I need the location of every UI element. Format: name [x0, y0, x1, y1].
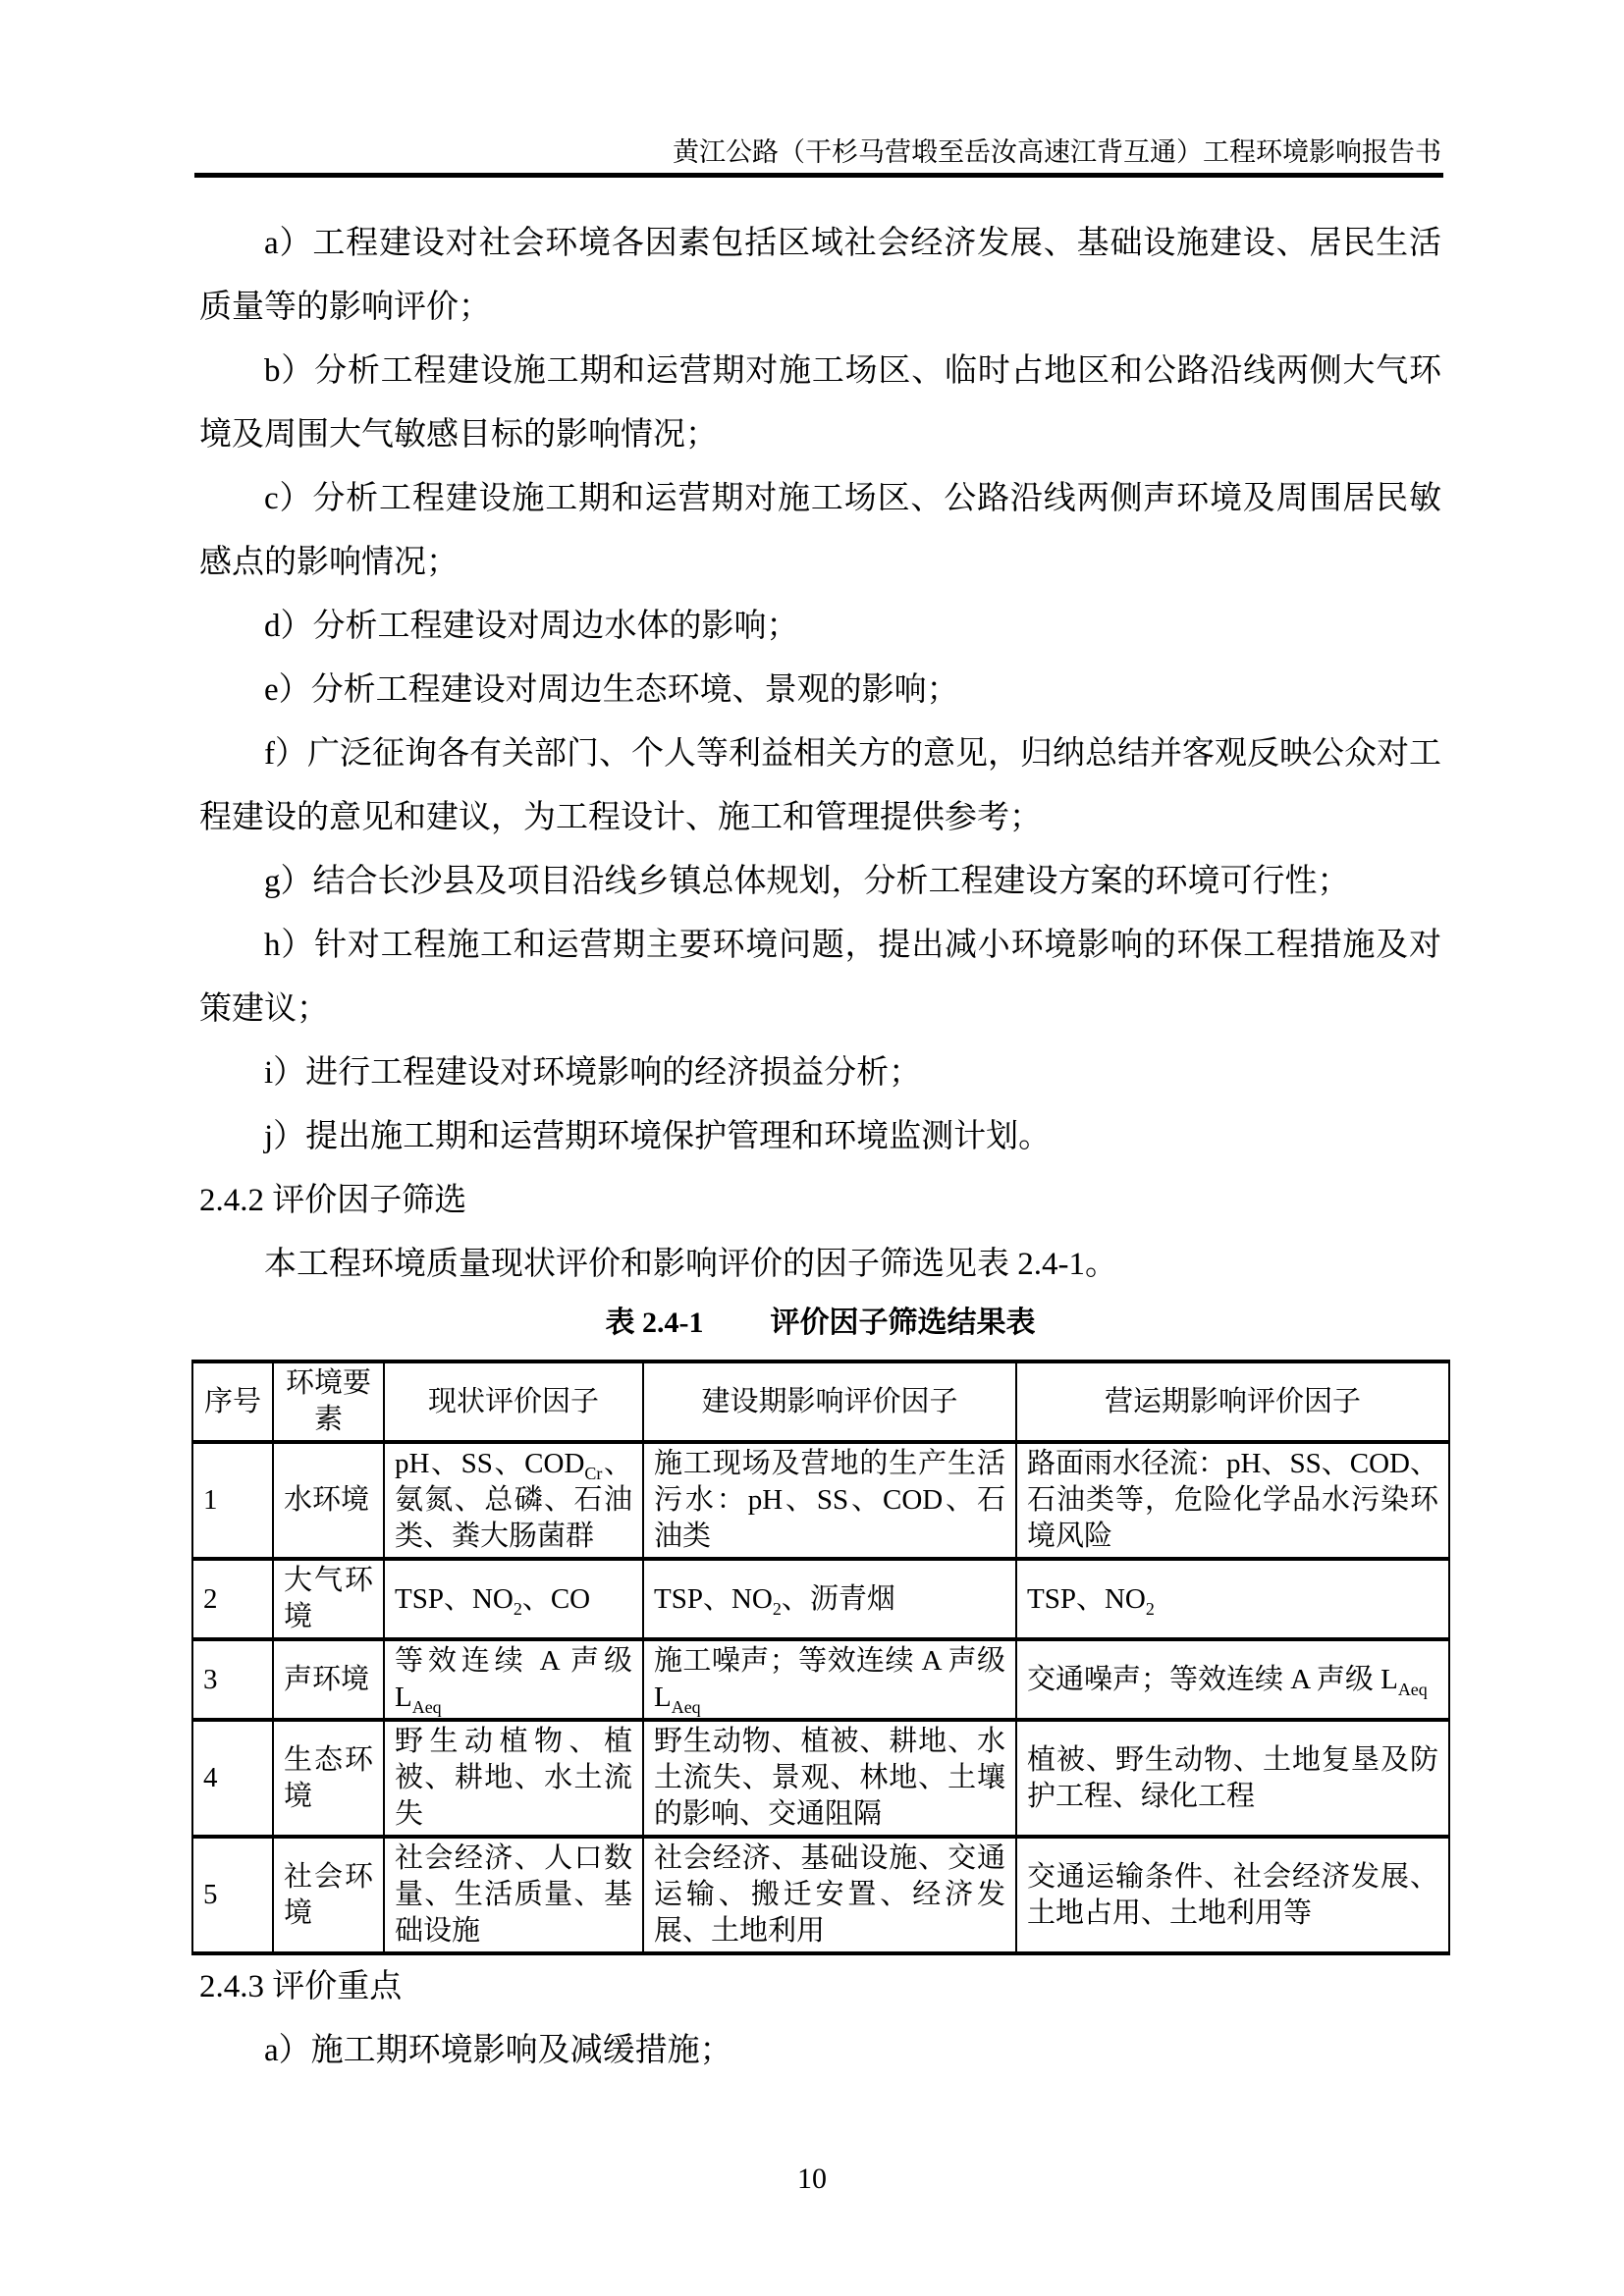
- cell-element: 社会环境: [273, 1837, 384, 1953]
- cell-operation: 交通噪声；等效连续 A 声级 LAeq: [1016, 1639, 1449, 1720]
- col-header-no: 序号: [192, 1362, 273, 1442]
- cell-operation: 植被、野生动物、土地复垦及防护工程、绿化工程: [1016, 1720, 1449, 1837]
- cell-no: 3: [192, 1639, 273, 1720]
- table-caption-title: 评价因子筛选结果表: [771, 1307, 1036, 1339]
- paragraph-242: 本工程环境质量现状评价和影响评价的因子筛选见表 2.4-1。: [199, 1233, 1441, 1297]
- table-caption: 表 2.4-1评价因子筛选结果表: [199, 1303, 1441, 1344]
- table-caption-label: 表 2.4-1: [606, 1307, 704, 1339]
- page-number: 10: [0, 2162, 1624, 2197]
- list-item-g: g）结合长沙县及项目沿线乡镇总体规划，分析工程建设方案的环境可行性；: [199, 850, 1441, 914]
- cell-element: 生态环境: [273, 1720, 384, 1837]
- paragraph-243: a）施工期环境影响及减缓措施；: [199, 2019, 1441, 2083]
- document-page: 黄江公路（干杉马营塅至岳汝高速江背互通）工程环境影响报告书 a）工程建设对社会环…: [0, 0, 1624, 2296]
- header-title: 黄江公路（干杉马营塅至岳汝高速江背互通）工程环境影响报告书: [673, 137, 1441, 167]
- list-item-j: j）提出施工期和运营期环境保护管理和环境监测计划。: [199, 1105, 1441, 1169]
- cell-operation: TSP、NO2: [1016, 1559, 1449, 1639]
- cell-element: 大气环境: [273, 1559, 384, 1639]
- document-body: a）工程建设对社会环境各因素包括区域社会经济发展、基础设施建设、居民生活质量等的…: [199, 212, 1441, 2083]
- list-item-e: e）分析工程建设对周边生态环境、景观的影响；: [199, 659, 1441, 722]
- cell-current: pH、SS、CODCr、氨氮、总磷、石油类、粪大肠菌群: [384, 1442, 643, 1559]
- cell-operation: 路面雨水径流：pH、SS、COD、石油类等，危险化学品水污染环境风险: [1016, 1442, 1449, 1559]
- evaluation-factors-table: 序号 环境要素 现状评价因子 建设期影响评价因子 营运期影响评价因子 1 水环境…: [191, 1360, 1450, 1955]
- cell-no: 2: [192, 1559, 273, 1639]
- cell-element: 水环境: [273, 1442, 384, 1559]
- list-item-i: i）进行工程建设对环境影响的经济损益分析；: [199, 1041, 1441, 1105]
- table-header-row: 序号 环境要素 现状评价因子 建设期影响评价因子 营运期影响评价因子: [192, 1362, 1449, 1442]
- list-item-b: b）分析工程建设施工期和运营期对施工场区、临时占地区和公路沿线两侧大气环境及周围…: [199, 340, 1441, 467]
- cell-current: TSP、NO2、CO: [384, 1559, 643, 1639]
- table-row-air: 2 大气环境 TSP、NO2、CO TSP、NO2、沥青烟 TSP、NO2: [192, 1559, 1449, 1639]
- cell-current: 野生动植物、植被、耕地、水土流失: [384, 1720, 643, 1837]
- table-row-social: 5 社会环境 社会经济、人口数量、生活质量、基础设施 社会经济、基础设施、交通运…: [192, 1837, 1449, 1953]
- header-rule: [194, 173, 1443, 178]
- list-item-f: f）广泛征询各有关部门、个人等利益相关方的意见，归纳总结并客观反映公众对工程建设…: [199, 722, 1441, 850]
- list-item-a: a）工程建设对社会环境各因素包括区域社会经济发展、基础设施建设、居民生活质量等的…: [199, 212, 1441, 340]
- col-header-construction: 建设期影响评价因子: [643, 1362, 1016, 1442]
- list-item-c: c）分析工程建设施工期和运营期对施工场区、公路沿线两侧声环境及周围居民敏感点的影…: [199, 467, 1441, 595]
- cell-operation: 交通运输条件、社会经济发展、土地占用、土地利用等: [1016, 1837, 1449, 1953]
- list-item-h: h）针对工程施工和运营期主要环境问题，提出减小环境影响的环保工程措施及对策建议；: [199, 914, 1441, 1041]
- table-row-noise: 3 声环境 等效连续 A 声级 LAeq 施工噪声；等效连续 A 声级 LAeq…: [192, 1639, 1449, 1720]
- cell-construction: TSP、NO2、沥青烟: [643, 1559, 1016, 1639]
- cell-current: 等效连续 A 声级 LAeq: [384, 1639, 643, 1720]
- col-header-operation: 营运期影响评价因子: [1016, 1362, 1449, 1442]
- cell-construction: 社会经济、基础设施、交通运输、搬迁安置、经济发展、土地利用: [643, 1837, 1016, 1953]
- col-header-element: 环境要素: [273, 1362, 384, 1442]
- col-header-current: 现状评价因子: [384, 1362, 643, 1442]
- cell-current: 社会经济、人口数量、生活质量、基础设施: [384, 1837, 643, 1953]
- list-item-d: d）分析工程建设对周边水体的影响；: [199, 595, 1441, 659]
- cell-construction: 施工现场及营地的生产生活污水：pH、SS、COD、石油类: [643, 1442, 1016, 1559]
- cell-no: 1: [192, 1442, 273, 1559]
- cell-element: 声环境: [273, 1639, 384, 1720]
- table-row-ecology: 4 生态环境 野生动植物、植被、耕地、水土流失 野生动物、植被、耕地、水土流失、…: [192, 1720, 1449, 1837]
- cell-construction: 施工噪声；等效连续 A 声级 LAeq: [643, 1639, 1016, 1720]
- cell-no: 5: [192, 1837, 273, 1953]
- section-heading-243: 2.4.3 评价重点: [199, 1955, 1441, 2019]
- page-header: 黄江公路（干杉马营塅至岳汝高速江背互通）工程环境影响报告书: [199, 132, 1441, 173]
- section-heading-242: 2.4.2 评价因子筛选: [199, 1169, 1441, 1233]
- table-row-water: 1 水环境 pH、SS、CODCr、氨氮、总磷、石油类、粪大肠菌群 施工现场及营…: [192, 1442, 1449, 1559]
- cell-construction: 野生动物、植被、耕地、水土流失、景观、林地、土壤的影响、交通阻隔: [643, 1720, 1016, 1837]
- cell-no: 4: [192, 1720, 273, 1837]
